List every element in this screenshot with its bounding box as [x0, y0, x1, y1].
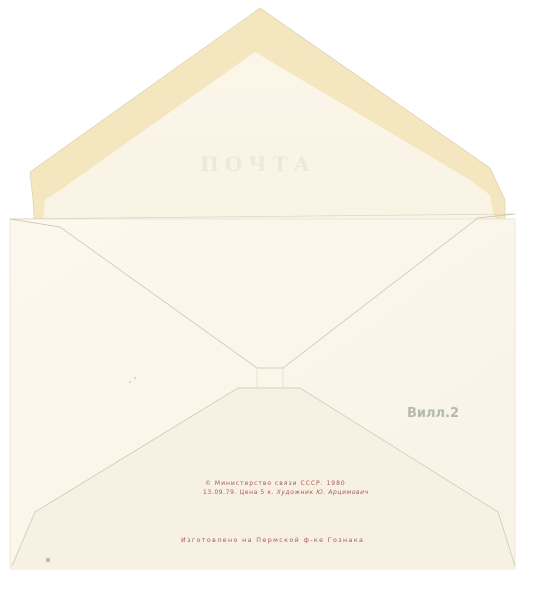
price: Цена 5 к.: [240, 489, 275, 496]
print-details: 13.09.79. Цена 5 к. Художник Ю. Арцимови…: [203, 489, 369, 496]
speck-mark: [46, 558, 50, 562]
top-flap: [30, 8, 505, 232]
envelope-back: [0, 0, 540, 592]
print-date: 13.09.79.: [203, 489, 237, 496]
show-through-text: ПОЧТА: [200, 152, 316, 176]
publisher-imprint: © Министерство связи СССР. 1980: [205, 480, 346, 487]
rubber-stamp-mark: Вилл.2: [407, 406, 459, 421]
artist-credit: Художник Ю. Арцимович: [277, 489, 369, 496]
manufacturer-line: Изготовлено на Пермской ф-ке Гознака: [181, 537, 364, 544]
